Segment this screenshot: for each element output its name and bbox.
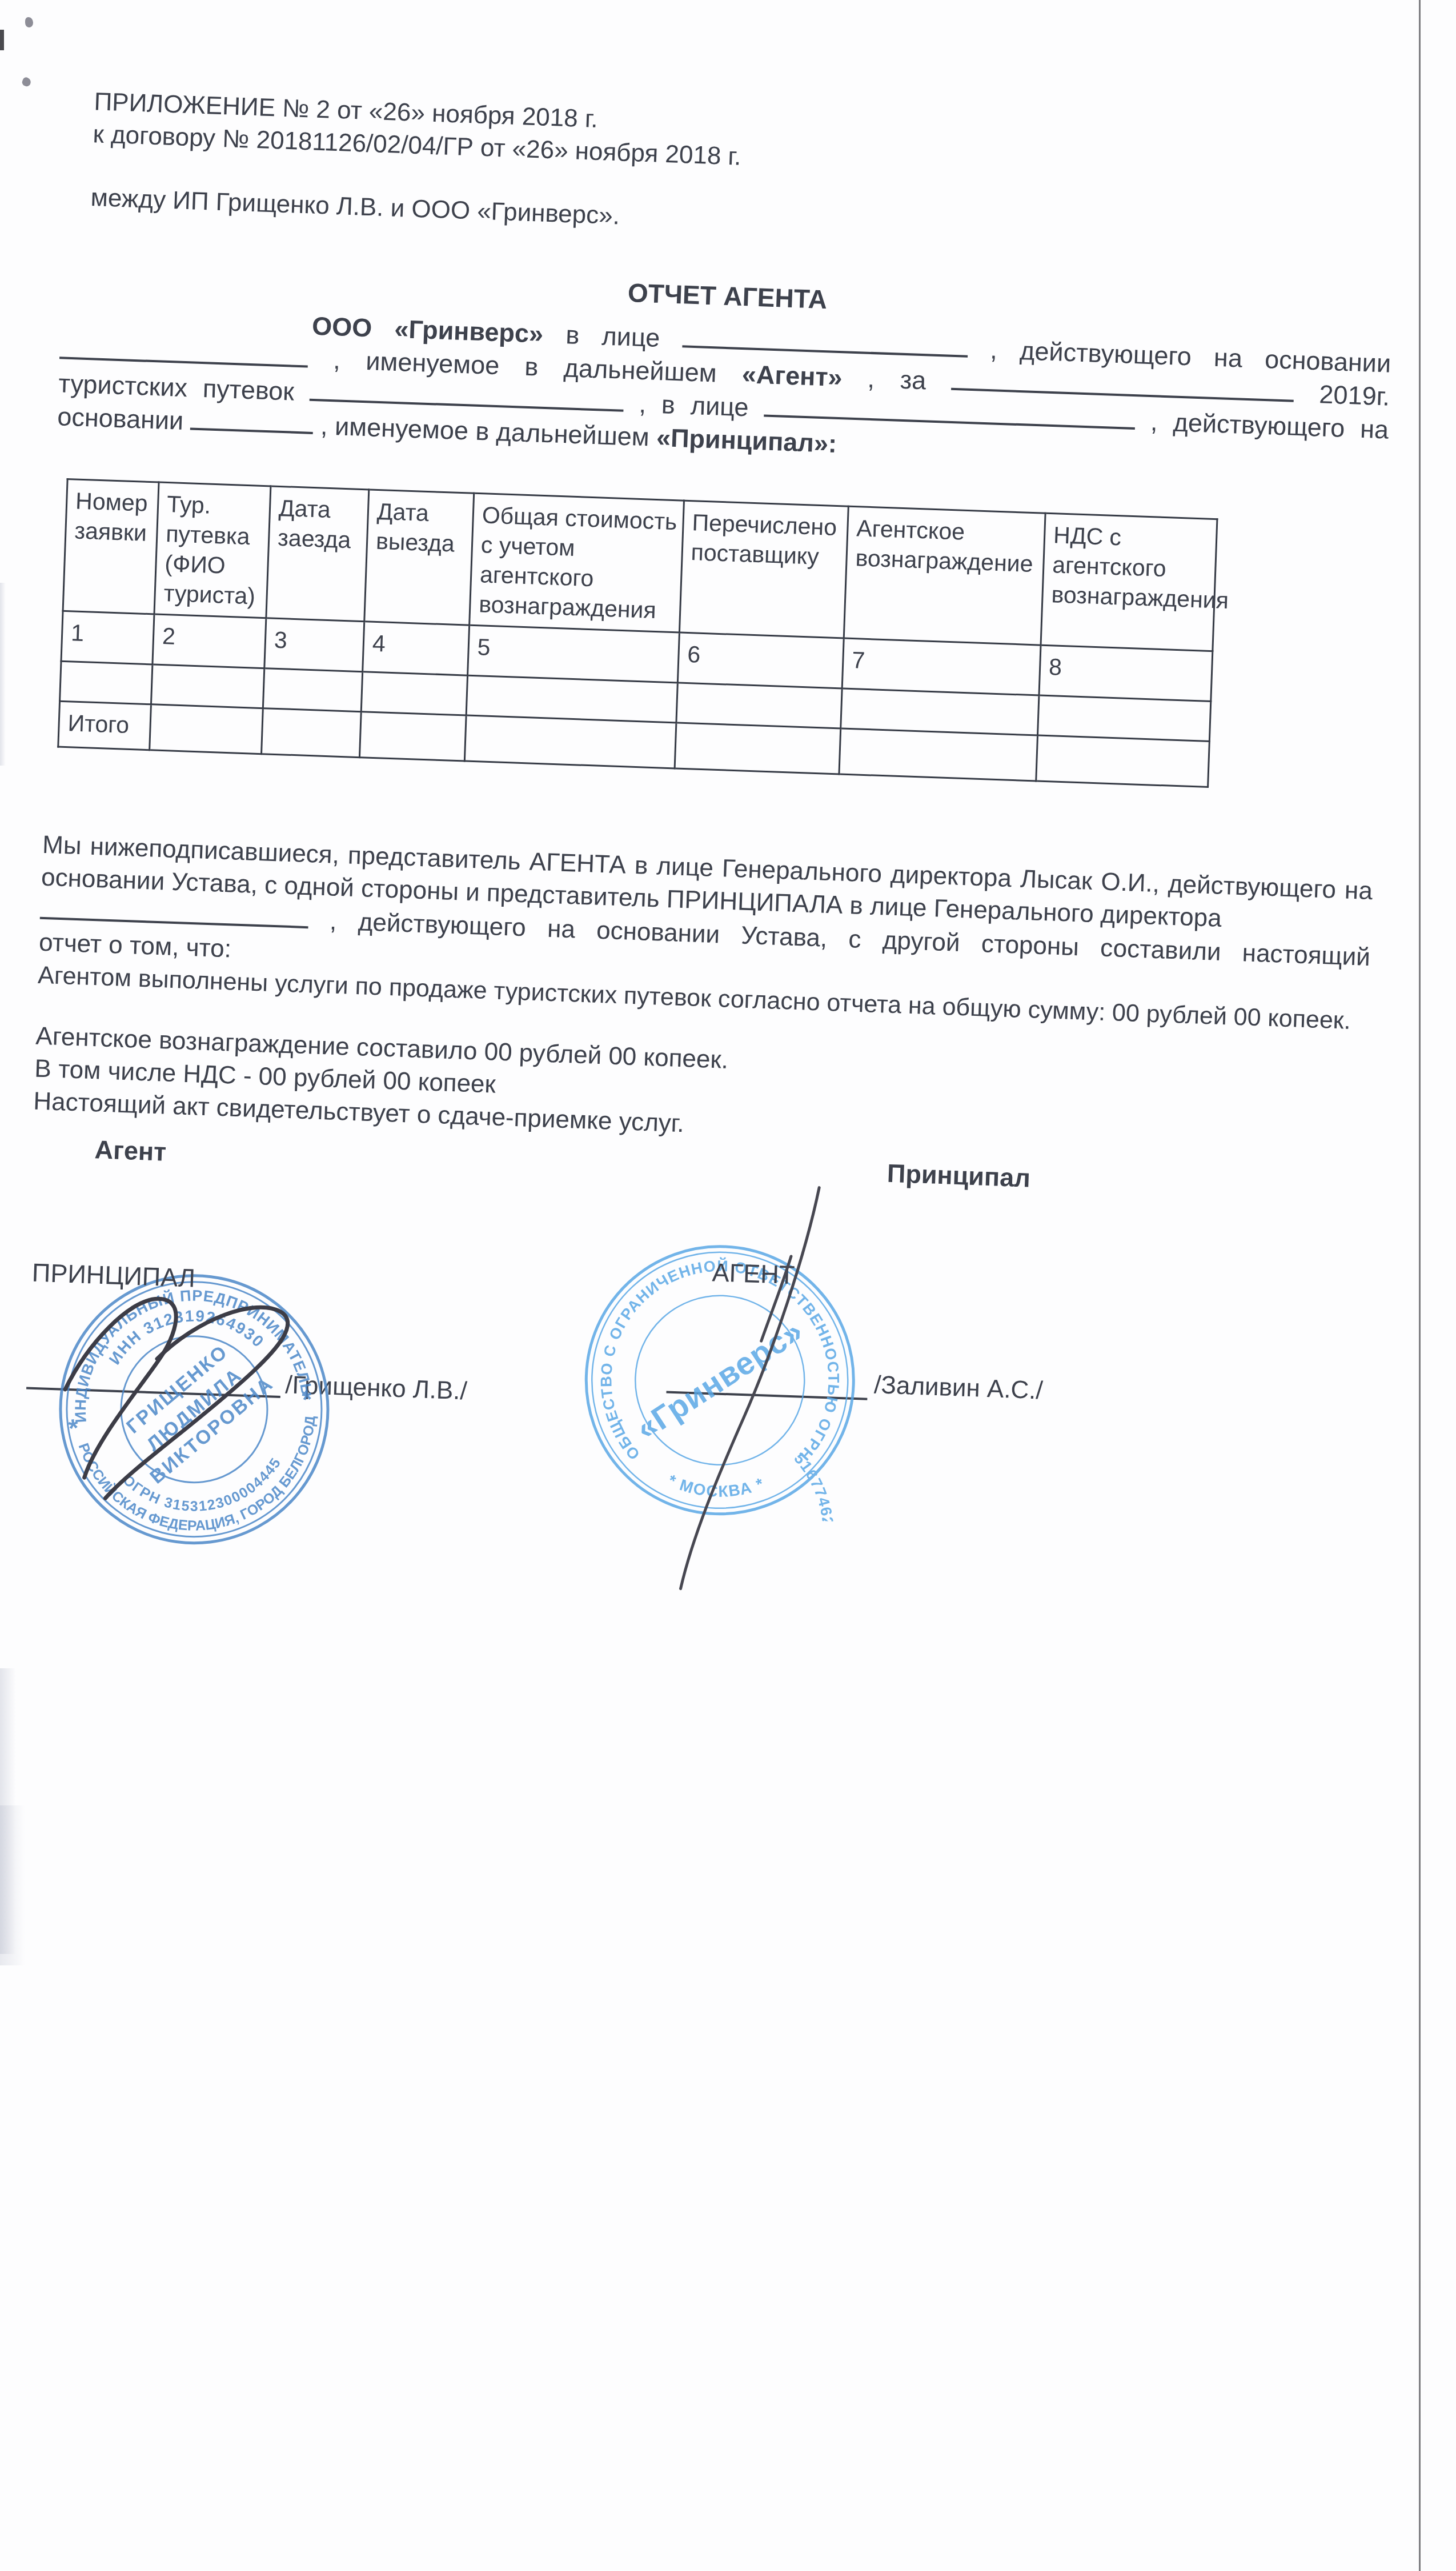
agent-caps-label: АГЕНТ (712, 1258, 795, 1290)
table-cell (262, 708, 362, 758)
agent-term: «Агент» (741, 359, 843, 392)
table-cell (466, 675, 677, 723)
header-line-3: между ИП Грищенко Л.В. и ООО «Гринверс». (90, 182, 620, 232)
table-cell: 5 (468, 625, 680, 683)
table-cell (1038, 695, 1211, 741)
principal-section-label: Принципал (887, 1159, 1030, 1194)
table-cell (150, 704, 263, 754)
principal-round-stamp: ИНДИВИДУАЛЬНЫЙ ПРЕДПРИНИМАТЕЛЬ РОССИЙСКА… (41, 1256, 347, 1562)
table-header-cell: Перечислено поставщику (679, 500, 848, 638)
stamp-ring-text: * МОСКВА * (665, 1471, 768, 1502)
year-value: 2019г. (1319, 379, 1390, 411)
table-header-cell: Агентское вознаграждение (844, 506, 1045, 645)
document-content: ПРИЛОЖЕНИЕ № 2 от «26» ноября 2018 г. к … (10, 0, 1402, 1816)
table-header-cell: Общая стоимость с учетом агентского возн… (470, 493, 684, 632)
stamp-city-text: * МОСКВА * (665, 1471, 768, 1502)
blank-field (682, 322, 968, 357)
principal-caps-label: ПРИНЦИПАЛ (31, 1258, 195, 1293)
table-cell (839, 728, 1038, 781)
table-cell (151, 664, 264, 708)
table-cell: 2 (153, 614, 266, 668)
table-header-cell: Тур. путевка (ФИО туриста) (154, 482, 271, 618)
table-header-cell: Дата выезда (364, 490, 474, 625)
body-line-4: отчет о том, что: (38, 927, 232, 966)
table-cell (263, 668, 362, 712)
blank-field (190, 405, 314, 434)
table-cell: 3 (264, 618, 364, 672)
table-cell (361, 672, 467, 715)
agent-report-table: Номер заявки Тур. путевка (ФИО туриста) … (57, 478, 1218, 788)
table-cell: 8 (1039, 645, 1213, 701)
table-cell (60, 661, 153, 704)
scanned-document-page: ПРИЛОЖЕНИЕ № 2 от «26» ноября 2018 г. к … (0, 0, 1456, 2571)
table-cell: 1 (61, 611, 154, 664)
scan-smudge (0, 583, 6, 766)
table-header-cell: НДС с агентского вознаграждения (1041, 513, 1217, 651)
principal-term: «Принципал»: (656, 423, 837, 458)
table-cell (1036, 735, 1210, 787)
table-cell: 7 (842, 638, 1041, 695)
table-cell: 4 (363, 622, 470, 675)
table-cell (464, 715, 676, 768)
scan-smudge (0, 1805, 25, 1965)
stamp-center-company-name: «Гринверс» (629, 1312, 809, 1447)
paper-right-edge-line (1419, 0, 1421, 2571)
agent-section-label: Агент (94, 1135, 167, 1167)
scan-speck (25, 17, 33, 27)
table-cell (841, 688, 1039, 735)
scan-edge-mark (0, 30, 4, 50)
scan-speck (21, 77, 33, 88)
agent-signatory-name: /Заливин А.С./ (873, 1371, 1043, 1405)
table-cell (675, 723, 841, 774)
table-cell: 6 (677, 632, 844, 688)
table-header-cell: Номер заявки (63, 479, 159, 614)
company-name: ООО «Гринверс» (311, 311, 544, 349)
body-line-5: Агентом выполнены услуги по продаже тури… (37, 959, 1351, 1037)
total-label-cell: Итого (58, 701, 151, 750)
table-cell (359, 712, 466, 761)
table-header-cell: Дата заезда (266, 486, 369, 622)
table-cell (676, 683, 842, 728)
